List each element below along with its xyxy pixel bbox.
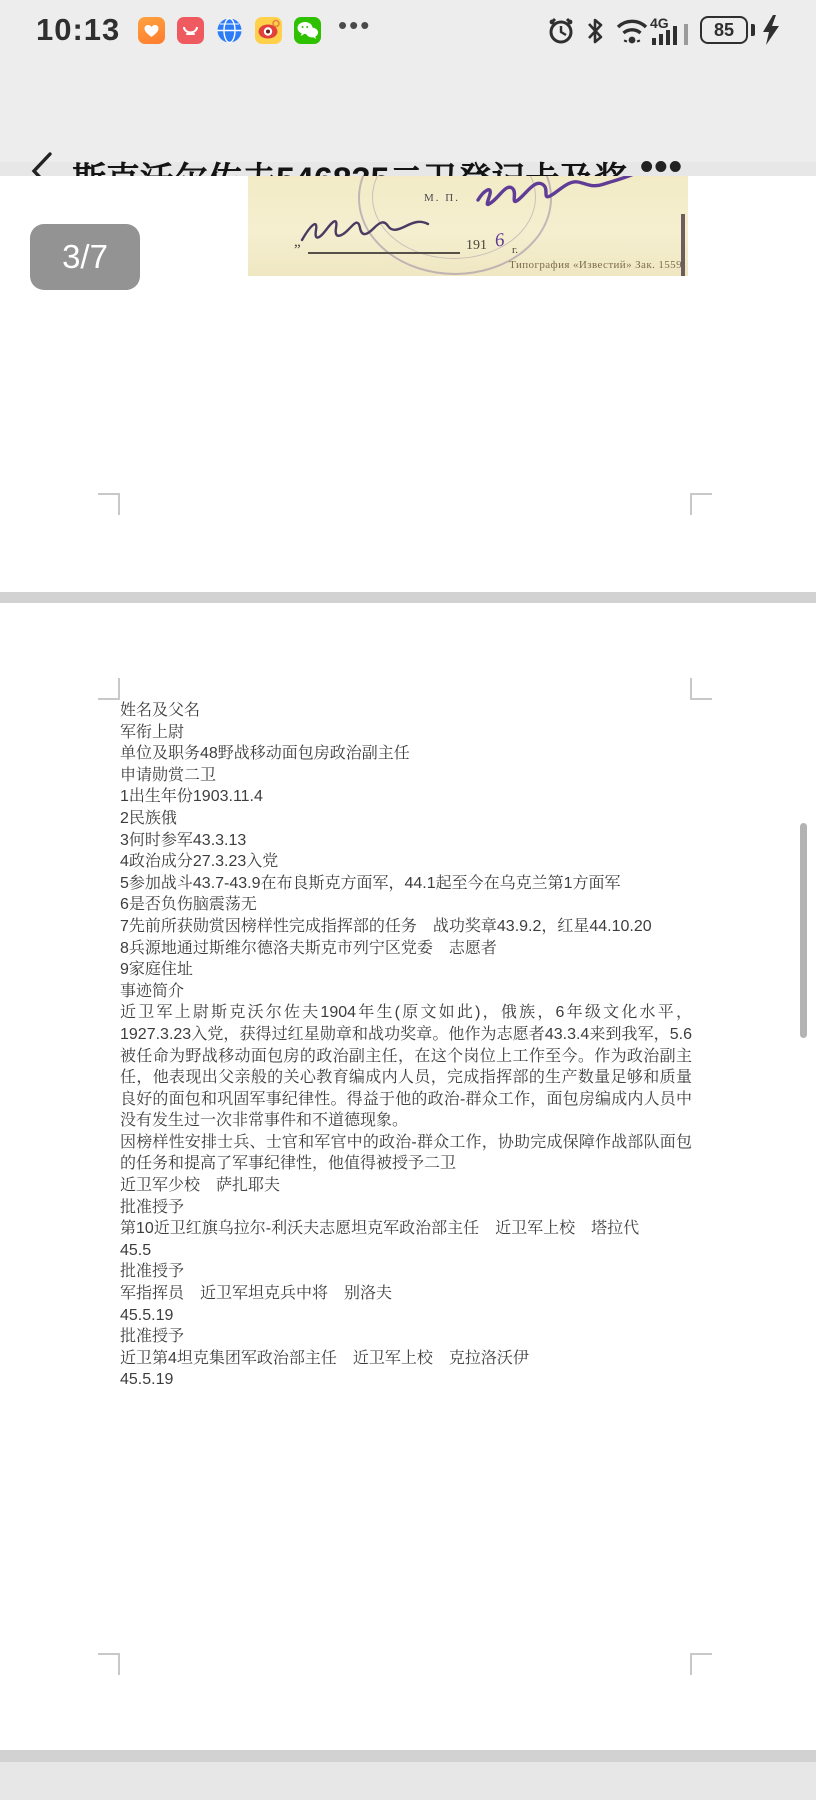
doc-line: 单位及职务48野战移动面包房政治副主任 xyxy=(120,743,692,765)
battery-icon: 85 xyxy=(700,16,748,44)
year-printed: 191 xyxy=(466,238,487,254)
doc-line: 姓名及父名 xyxy=(120,700,692,722)
bluetooth-icon xyxy=(584,15,608,52)
signature-line xyxy=(308,252,460,254)
doc-line: 9家庭住址 xyxy=(120,959,692,981)
doc-line: 批准授予 xyxy=(120,1197,692,1219)
phone-screen: 10:13 ••• 4G 85 xyxy=(0,0,816,1800)
page-gap-divider xyxy=(0,1750,816,1762)
doc-line: 6是否负伤脑震荡无 xyxy=(120,894,692,916)
doc-line: 3何时参军43.3.13 xyxy=(120,830,692,852)
doc-line: 近卫军上尉斯克沃尔佐夫1904年生(原文如此)，俄族，6年级文化水平，1927.… xyxy=(120,1002,692,1132)
doc-line: 5参加战斗43.7-43.9在布良斯克方面军，44.1起至今在乌克兰第1方面军 xyxy=(120,873,692,895)
year-suffix: г. xyxy=(512,244,518,256)
doc-line: 45.5 xyxy=(120,1240,692,1262)
svg-text:4G: 4G xyxy=(650,15,669,31)
doc-line: 1出生年份1903.11.4 xyxy=(120,786,692,808)
doc-line: 近卫第4坦克集团军政治部主任 近卫军上校 克拉洛沃伊 xyxy=(120,1348,692,1370)
doc-line: 45.5.19 xyxy=(120,1369,692,1391)
weibo-app-icon xyxy=(255,17,282,44)
appstore-app-icon xyxy=(177,17,204,44)
signature-stroke xyxy=(470,176,650,220)
doc-line: 军衔上尉 xyxy=(120,722,692,744)
battery-percent: 85 xyxy=(714,20,734,41)
scrollbar-thumb[interactable] xyxy=(800,823,807,1038)
doc-line: 申请勋赏二卫 xyxy=(120,765,692,787)
doc-line: 近卫军少校 萨扎耶夫 xyxy=(120,1175,692,1197)
handwritten-date xyxy=(296,210,476,254)
doc-line: 批准授予 xyxy=(120,1261,692,1283)
clock: 10:13 xyxy=(36,12,120,48)
doc-line: 8兵源地通过斯维尔德洛夫斯克市列宁区党委 志愿者 xyxy=(120,938,692,960)
doc-line: 因榜样性安排士兵、士官和军官中的政治-群众工作，协助完成保障作战部队面包的任务和… xyxy=(120,1132,692,1175)
scan-edge-shadow xyxy=(681,214,685,276)
doc-line: 2民族俄 xyxy=(120,808,692,830)
page-gap-divider xyxy=(0,592,816,603)
doc-line: 批准授予 xyxy=(120,1326,692,1348)
alarm-icon xyxy=(545,15,577,52)
wifi-icon xyxy=(612,15,652,52)
document-text: 姓名及父名军衔上尉单位及职务48野战移动面包房政治副主任申请勋赏二卫1出生年份1… xyxy=(120,700,692,1391)
stamp-label: М. П. xyxy=(424,192,460,204)
health-app-icon xyxy=(138,17,165,44)
status-bar: 10:13 ••• 4G 85 xyxy=(0,0,816,60)
doc-line: 军指挥员 近卫军坦克兵中将 别洛夫 xyxy=(120,1283,692,1305)
doc-line: 事迹简介 xyxy=(120,981,692,1003)
doc-line: 4政治成分27.3.23入党 xyxy=(120,851,692,873)
printer-imprint: Типография «Известий» Зак. 1559 xyxy=(398,259,682,271)
browser-app-icon xyxy=(216,17,243,44)
document-page-2[interactable]: 姓名及父名军衔上尉单位及职务48野战移动面包房政治副主任申请勋赏二卫1出生年份1… xyxy=(0,603,816,1750)
quote-mark: „ xyxy=(294,234,301,251)
doc-line: 第10近卫红旗乌拉尔-利沃夫志愿坦克军政治部主任 近卫军上校 塔拉代 xyxy=(120,1218,692,1240)
page-indicator-badge: 3/7 xyxy=(30,224,140,290)
wechat-app-icon xyxy=(294,17,321,44)
page-indicator-label: 3/7 xyxy=(62,238,108,276)
status-overflow-dots-icon: ••• xyxy=(338,10,371,41)
scanned-document-image: М. П. „ 191 6 г. Типография «Известий» З… xyxy=(248,176,688,276)
nav-bar: 斯克沃尔佐夫546835二卫登记卡及奖... ••• xyxy=(0,60,816,162)
doc-line: 45.5.19 xyxy=(120,1305,692,1327)
charging-bolt-icon xyxy=(760,13,782,52)
signal-icon: 4G xyxy=(650,14,698,53)
doc-line: 7先前所获勋赏因榜样性完成指挥部的任务 战功奖章43.9.2，红星44.10.2… xyxy=(120,916,692,938)
battery-nub xyxy=(751,24,755,36)
